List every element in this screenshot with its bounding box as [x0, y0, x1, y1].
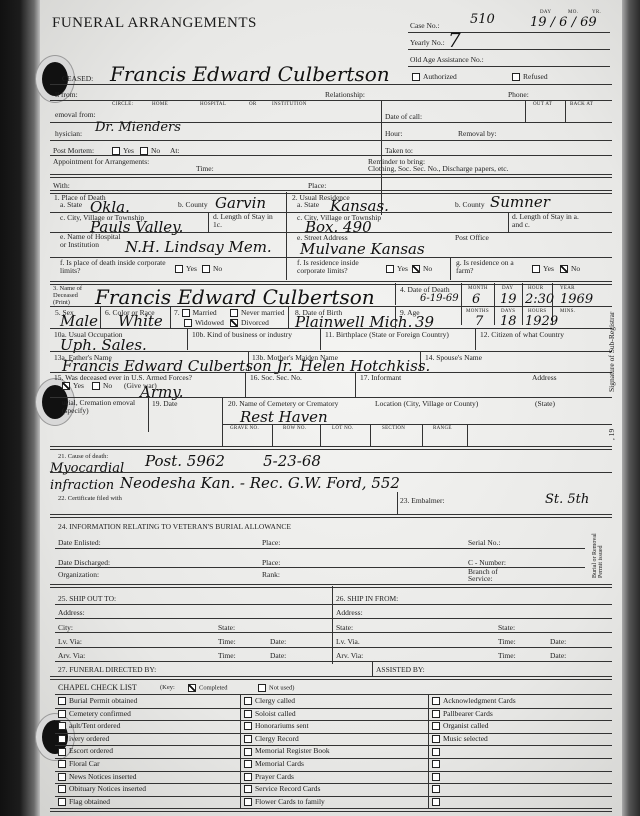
checklist-item[interactable] [432, 758, 443, 770]
checkbox[interactable] [244, 773, 252, 781]
checklist-item[interactable]: Burial Permit obtained [58, 695, 137, 707]
hour-label: HOUR [528, 286, 543, 291]
no-label: No [213, 264, 222, 273]
yes-label: Yes [73, 381, 84, 390]
deceased-label: CEASED: [62, 74, 93, 83]
call-from-label: ll from: [55, 90, 78, 99]
section-label: SECTION [382, 426, 405, 431]
completed-label: Completed [199, 684, 228, 691]
death-day-value[interactable]: 19 [500, 292, 517, 307]
checkbox[interactable] [532, 265, 540, 273]
checklist-item-label: Service Record Cards [255, 784, 320, 793]
res-county-label: b. County [455, 200, 485, 209]
farm-no[interactable]: No [560, 264, 580, 273]
days-value[interactable]: 18 [500, 314, 517, 329]
checkbox-checked[interactable] [62, 382, 70, 390]
hospital-name-value[interactable]: N.H. Lindsay Mem. [125, 238, 272, 256]
row-divider [55, 771, 612, 772]
checklist-item-label: Music selected [443, 734, 488, 743]
rank-label: Rank: [262, 570, 280, 579]
checklist-item[interactable]: Acknowledgment Cards [432, 695, 516, 707]
old-age-label: Old Age Assistance No.: [410, 55, 484, 64]
corporate-no[interactable]: No [202, 264, 222, 273]
checkbox[interactable] [432, 697, 440, 705]
checkbox[interactable] [386, 265, 394, 273]
burial-cremation-label: urial, Cremation emoval (specify) [62, 399, 142, 415]
checklist-item-label: Soloist called [255, 709, 296, 718]
checkbox[interactable] [58, 748, 66, 756]
relationship-label: Relationship: [325, 90, 365, 99]
street-value[interactable]: Mulvane Kansas [300, 240, 425, 258]
checklist-item[interactable]: Memorial Cards [244, 758, 304, 770]
checkbox[interactable] [58, 735, 66, 743]
post-mortem-no[interactable]: No [140, 146, 160, 155]
location-label: Location (City, Village or County) [375, 399, 478, 408]
month-label: MONTH [468, 286, 488, 291]
ship-out-state-label: State: [218, 623, 235, 632]
grave-no-label: GRAVE NO. [230, 426, 259, 431]
corporate-limits-label: f. Is place of death inside corporate li… [60, 259, 170, 275]
no-label: No [151, 146, 160, 155]
checkbox[interactable] [58, 785, 66, 793]
informant-label: 17. Informant [360, 373, 401, 382]
checklist-item[interactable]: Flag obtained [58, 796, 110, 808]
marital-never[interactable]: Never married [230, 308, 285, 317]
checkbox[interactable] [58, 798, 66, 806]
checklist-item[interactable]: Soloist called [244, 708, 296, 720]
checkbox[interactable] [58, 697, 66, 705]
checklist-title: CHAPEL CHECK LIST [58, 683, 137, 692]
appointment-label: Appointment for Arrangements: [53, 157, 149, 166]
checkbox[interactable] [244, 697, 252, 705]
scan-binding-edge [0, 0, 40, 816]
cause-value-1[interactable]: Myocardial [50, 461, 124, 476]
checkbox[interactable] [412, 73, 420, 81]
ship-out-city-label: City: [58, 623, 73, 632]
permit-issued-label: Burial or Removal Permit issued [592, 533, 604, 578]
checkbox[interactable] [244, 785, 252, 793]
length-of-stay-label: d. Length of Stay in 1c. [213, 213, 273, 229]
or-label: OR [249, 102, 257, 107]
checklist-item-label: Acknowledgment Cards [443, 696, 516, 705]
authorized-option[interactable]: Authorized [412, 72, 457, 81]
cause-value-2[interactable]: infraction [50, 478, 114, 493]
certificate-filed-label: 22. Certificate filed with [58, 495, 128, 502]
checklist-item-label: Flower Cards to family [255, 797, 325, 806]
not-used-label: Not used) [269, 684, 294, 691]
checklist-item[interactable] [432, 783, 443, 795]
serial-no-label: Serial No.: [468, 538, 501, 547]
farm-yes[interactable]: Yes [532, 264, 554, 273]
no-label: No [103, 381, 112, 390]
phone-label: Phone: [508, 90, 529, 99]
case-no-value[interactable]: 510 [470, 12, 495, 27]
res-corporate-no[interactable]: No [412, 264, 432, 273]
checklist-item[interactable] [432, 745, 443, 757]
ship-in-arv-via-label: Arv. Via: [336, 651, 363, 660]
row-divider [55, 708, 612, 709]
refused-option[interactable]: Refused [512, 72, 548, 81]
checkbox[interactable] [58, 722, 66, 730]
checklist-item[interactable] [432, 796, 443, 808]
out-at-label: OUT AT [533, 102, 552, 107]
checkbox[interactable] [244, 722, 252, 730]
checkbox[interactable] [244, 735, 252, 743]
checklist-item[interactable]: Organist called [432, 720, 488, 732]
checklist-item-label: News Notices inserted [69, 772, 136, 781]
checkbox[interactable] [244, 748, 252, 756]
checklist-item[interactable]: News Notices inserted [58, 771, 136, 783]
checklist-item-label: Escort ordered [69, 746, 113, 755]
date-19-label: 19. Date [152, 399, 177, 408]
embalmer-label: 23. Embalmer: [400, 496, 445, 505]
ship-out-arv-time-label: Time: [218, 651, 236, 660]
ship-out-arv-via-label: Arv. Via: [58, 651, 85, 660]
row-divider [55, 758, 612, 759]
divorced-label: Divorced [241, 318, 269, 327]
signature-sub-registrar-label: Signature of Sub-Registrar [607, 312, 616, 392]
ship-in-lv-time-label: Time: [498, 637, 516, 646]
lot-no-label: LOT NO. [332, 426, 353, 431]
mins-label: MINS. [560, 309, 575, 314]
marital-widowed[interactable]: Widowed [184, 318, 224, 327]
informant-address-label: Address [532, 373, 557, 382]
corporate-yes[interactable]: Yes [175, 264, 197, 273]
veteran-title: 24. INFORMATION RELATING TO VETERAN'S BU… [58, 522, 291, 531]
row-divider [55, 796, 612, 797]
death-year-value[interactable]: 1969 [560, 292, 593, 307]
ship-in-arv-time-label: Time: [498, 651, 516, 660]
row-divider [55, 720, 612, 721]
nineteen-label: , 19 [607, 429, 616, 440]
yes-label: Yes [397, 264, 408, 273]
removal-from-label: emoval from: [55, 110, 96, 119]
yes-label: Yes [123, 146, 134, 155]
checkbox[interactable] [182, 309, 190, 317]
form-title: FUNERAL ARRANGEMENTS [52, 15, 257, 32]
checklist-item[interactable]: ault/Tent ordered [58, 720, 120, 732]
checklist-item[interactable]: Flower Cards to family [244, 796, 325, 808]
no-label: No [423, 264, 432, 273]
checklist-item[interactable]: Clergy Record [244, 733, 299, 745]
yes-label: Yes [543, 264, 554, 273]
checklist-item[interactable]: Floral Car [58, 758, 100, 770]
checklist-item[interactable]: Cemetery confirmed [58, 708, 131, 720]
ship-out-address-label: Address: [58, 608, 85, 617]
checklist-item[interactable]: ivery ordered [58, 733, 109, 745]
checklist-item[interactable]: Music selected [432, 733, 488, 745]
checkbox[interactable] [432, 735, 440, 743]
ship-in-state2-label: State: [498, 623, 515, 632]
checklist-item[interactable]: Service Record Cards [244, 783, 320, 795]
yearly-no-label: Yearly No.: [410, 38, 445, 47]
checkbox[interactable] [58, 710, 66, 718]
checkbox[interactable] [432, 773, 440, 781]
checklist-item[interactable]: Pallbearer Cards [432, 708, 493, 720]
branch-label: Branch of Service: [468, 568, 518, 582]
date-of-call-label: Date of call: [385, 112, 422, 121]
checklist-item-label: Honorariums sent [255, 721, 309, 730]
checkbox[interactable] [432, 760, 440, 768]
armed-yes[interactable]: Yes [62, 381, 84, 390]
res-state-label: a. State [297, 200, 319, 209]
case-no-label: Case No.: [410, 21, 440, 30]
months-value[interactable]: 7 [475, 314, 483, 329]
checklist-item[interactable] [432, 771, 443, 783]
dod-value[interactable]: 6-19-69 [420, 293, 459, 304]
res-county-value[interactable]: Sumner [490, 193, 550, 211]
spouse-label: 14. Spouse's Name [425, 353, 482, 362]
deceased-value[interactable]: Francis Edward Culbertson [110, 62, 390, 86]
post-mortem-yes[interactable]: Yes [112, 146, 134, 155]
ship-out-lv-date-label: Date: [270, 637, 286, 646]
at-label: At: [170, 146, 180, 155]
checkbox[interactable] [175, 265, 183, 273]
checkbox[interactable] [92, 382, 100, 390]
cause-line-1[interactable]: Post. 5962 5-23-68 [145, 452, 321, 470]
checkbox[interactable] [244, 710, 252, 718]
checkbox[interactable] [512, 73, 520, 81]
post-mortem-label: Post Mortem: [53, 146, 94, 155]
checkbox[interactable] [230, 309, 238, 317]
row-no-label: ROW NO. [283, 426, 306, 431]
place-label: Place: [308, 181, 326, 190]
range-label: RANGE [433, 426, 452, 431]
yes-label: Yes [186, 264, 197, 273]
completed-icon [188, 684, 196, 692]
marital-prefix: 7. [174, 308, 180, 317]
time-label: Time: [196, 164, 214, 173]
key-not-used: Not used) [258, 684, 294, 692]
farm-label: g. Is residence on a farm? [456, 259, 516, 275]
death-state-label: a. State [60, 200, 82, 209]
c-number-label: C - Number: [468, 558, 506, 567]
back-at-label: BACK AT [570, 102, 593, 107]
row-divider [55, 745, 612, 746]
checklist-item-label: Pallbearer Cards [443, 709, 493, 718]
key-label: (Key: [160, 684, 175, 691]
checklist-item[interactable]: Honorariums sent [244, 720, 309, 732]
birthplace-label: 11. Birthplace (State or Foreign Country… [325, 330, 449, 339]
checklist-item-label: Memorial Cards [255, 759, 304, 768]
checklist-item-label: ivery ordered [69, 734, 109, 743]
ship-out-lv-via-label: Lv. Via: [58, 637, 82, 646]
checkbox[interactable] [202, 265, 210, 273]
removal-by-label: Removal by: [458, 129, 497, 138]
checklist-item-label: ault/Tent ordered [69, 721, 120, 730]
ship-out-arv-date-label: Date: [270, 651, 286, 660]
name-print-label: 3. Name of Deceased (Print) [53, 285, 83, 306]
circle-label: CIRCLE: [112, 102, 133, 107]
checkbox[interactable] [432, 710, 440, 718]
taken-to-label: Taken to: [385, 146, 413, 155]
key-completed: Completed [188, 684, 228, 692]
checklist-item-label: Clergy Record [255, 734, 299, 743]
physician-label: hysician: [55, 129, 82, 138]
res-length-label: d. Length of Stay in a. and c. [512, 213, 582, 229]
hospital-label: HOSPITAL [200, 102, 226, 107]
checkbox[interactable] [58, 760, 66, 768]
checkbox-checked[interactable] [412, 265, 420, 273]
physician-value[interactable]: Dr. Mienders [95, 120, 181, 135]
checkbox-checked[interactable] [230, 319, 238, 327]
checkbox[interactable] [244, 760, 252, 768]
death-county-label: b. County [178, 200, 208, 209]
death-hour-value[interactable]: 2:30 [525, 292, 554, 307]
ship-in-lv-via-label: Lv. Via. [336, 637, 360, 646]
armed-no[interactable]: No [92, 381, 112, 390]
funeral-arrangements-form: FUNERAL ARRANGEMENTS Case No.: 510 DAY M… [0, 0, 640, 816]
checkbox[interactable] [432, 798, 440, 806]
checklist-item-label: Organist called [443, 721, 488, 730]
with-label: With: [53, 181, 70, 190]
cause-label: 21. Cause of death: [58, 453, 108, 460]
cause-line-3[interactable]: St. 5th [545, 492, 589, 507]
never-married-label: Never married [241, 308, 285, 317]
checkbox[interactable] [432, 785, 440, 793]
checkbox[interactable] [58, 773, 66, 781]
ship-in-state-label: State: [336, 623, 353, 632]
checklist-item[interactable]: Clergy called [244, 695, 295, 707]
ship-out-title: 25. SHIP OUT TO: [58, 594, 116, 603]
checklist-item[interactable]: Obituary Notices inserted [58, 783, 146, 795]
checklist-item[interactable]: Escort ordered [58, 745, 113, 757]
date-enlisted-label: Date Enlisted: [58, 538, 101, 547]
checkbox-checked[interactable] [560, 265, 568, 273]
marital-divorced[interactable]: Divorced [230, 318, 269, 327]
no-label: No [571, 264, 580, 273]
checklist-item-label: Cemetery confirmed [69, 709, 131, 718]
cause-line-2[interactable]: Neodesha Kan. - Rec. G.W. Ford, 552 [120, 474, 400, 492]
case-date-value[interactable]: 19 / 6 / 69 [530, 15, 597, 30]
checkbox[interactable] [184, 319, 192, 327]
discharged-place-label: Place: [262, 558, 280, 567]
cemetery-state-label: (State) [535, 399, 555, 408]
not-used-icon [258, 684, 266, 692]
ship-in-arv-date-label: Date: [550, 651, 566, 660]
year-label: YEAR [560, 286, 575, 291]
post-office-label: Post Office [455, 233, 489, 242]
checklist-item-label: Floral Car [69, 759, 100, 768]
scan-right-edge [622, 0, 640, 816]
marital-married[interactable]: 7. Married [174, 308, 217, 317]
ship-in-title: 26. SHIP IN FROM: [336, 594, 398, 603]
date-discharged-label: Date Discharged: [58, 558, 110, 567]
ship-out-lv-time-label: Time: [218, 637, 236, 646]
death-month-value[interactable]: 6 [472, 292, 480, 307]
hospital-name-label: e. Name of Hospital or Institution [60, 233, 125, 249]
checklist-item-label: Prayer Cards [255, 772, 294, 781]
institution-label: INSTITUTION [272, 102, 307, 107]
directed-by-label: 27. FUNERAL DIRECTED BY: [58, 665, 156, 674]
checkbox[interactable] [432, 748, 440, 756]
married-label: Married [193, 308, 217, 317]
checklist-item[interactable]: Memorial Register Book [244, 745, 330, 757]
row-divider [55, 733, 612, 734]
day-label: DAY [502, 286, 513, 291]
checklist-item[interactable]: Prayer Cards [244, 771, 294, 783]
reminder-items: Clothing, Soc. Sec. No., Discharge paper… [368, 164, 508, 173]
checkbox[interactable] [432, 722, 440, 730]
ship-in-lv-date-label: Date: [550, 637, 566, 646]
death-county-value[interactable]: Garvin [215, 194, 266, 212]
checklist-item-label: Clergy called [255, 696, 295, 705]
checkbox[interactable] [244, 798, 252, 806]
hour-label: Hour: [385, 129, 403, 138]
refused-label: Refused [523, 72, 548, 81]
authorized-label: Authorized [423, 72, 457, 81]
checklist-item-label: Obituary Notices inserted [69, 784, 146, 793]
checklist-item-label: Flag obtained [69, 797, 110, 806]
business-label: 10b. Kind of business or industry [192, 330, 292, 339]
home-label: HOME [152, 102, 168, 107]
citizen-label: 12. Citizen of what Country [480, 330, 564, 339]
checklist-item-label: Memorial Register Book [255, 746, 330, 755]
res-corporate-label: f. Is residence inside corporate limits? [297, 259, 382, 275]
ship-in-address-label: Address: [336, 608, 363, 617]
widowed-label: Widowed [195, 318, 224, 327]
organization-label: Organization: [58, 570, 99, 579]
hours-value[interactable]: 1929 [525, 314, 558, 329]
checklist-item-label: Burial Permit obtained [69, 696, 137, 705]
res-corporate-yes[interactable]: Yes [386, 264, 408, 273]
assisted-by-label: ASSISTED BY: [376, 665, 425, 674]
soc-sec-label: 16. Soc. Sec. No. [250, 373, 302, 382]
cemetery-label: 20. Name of Cemetery or Crematory [228, 399, 338, 408]
enlisted-place-label: Place: [262, 538, 280, 547]
